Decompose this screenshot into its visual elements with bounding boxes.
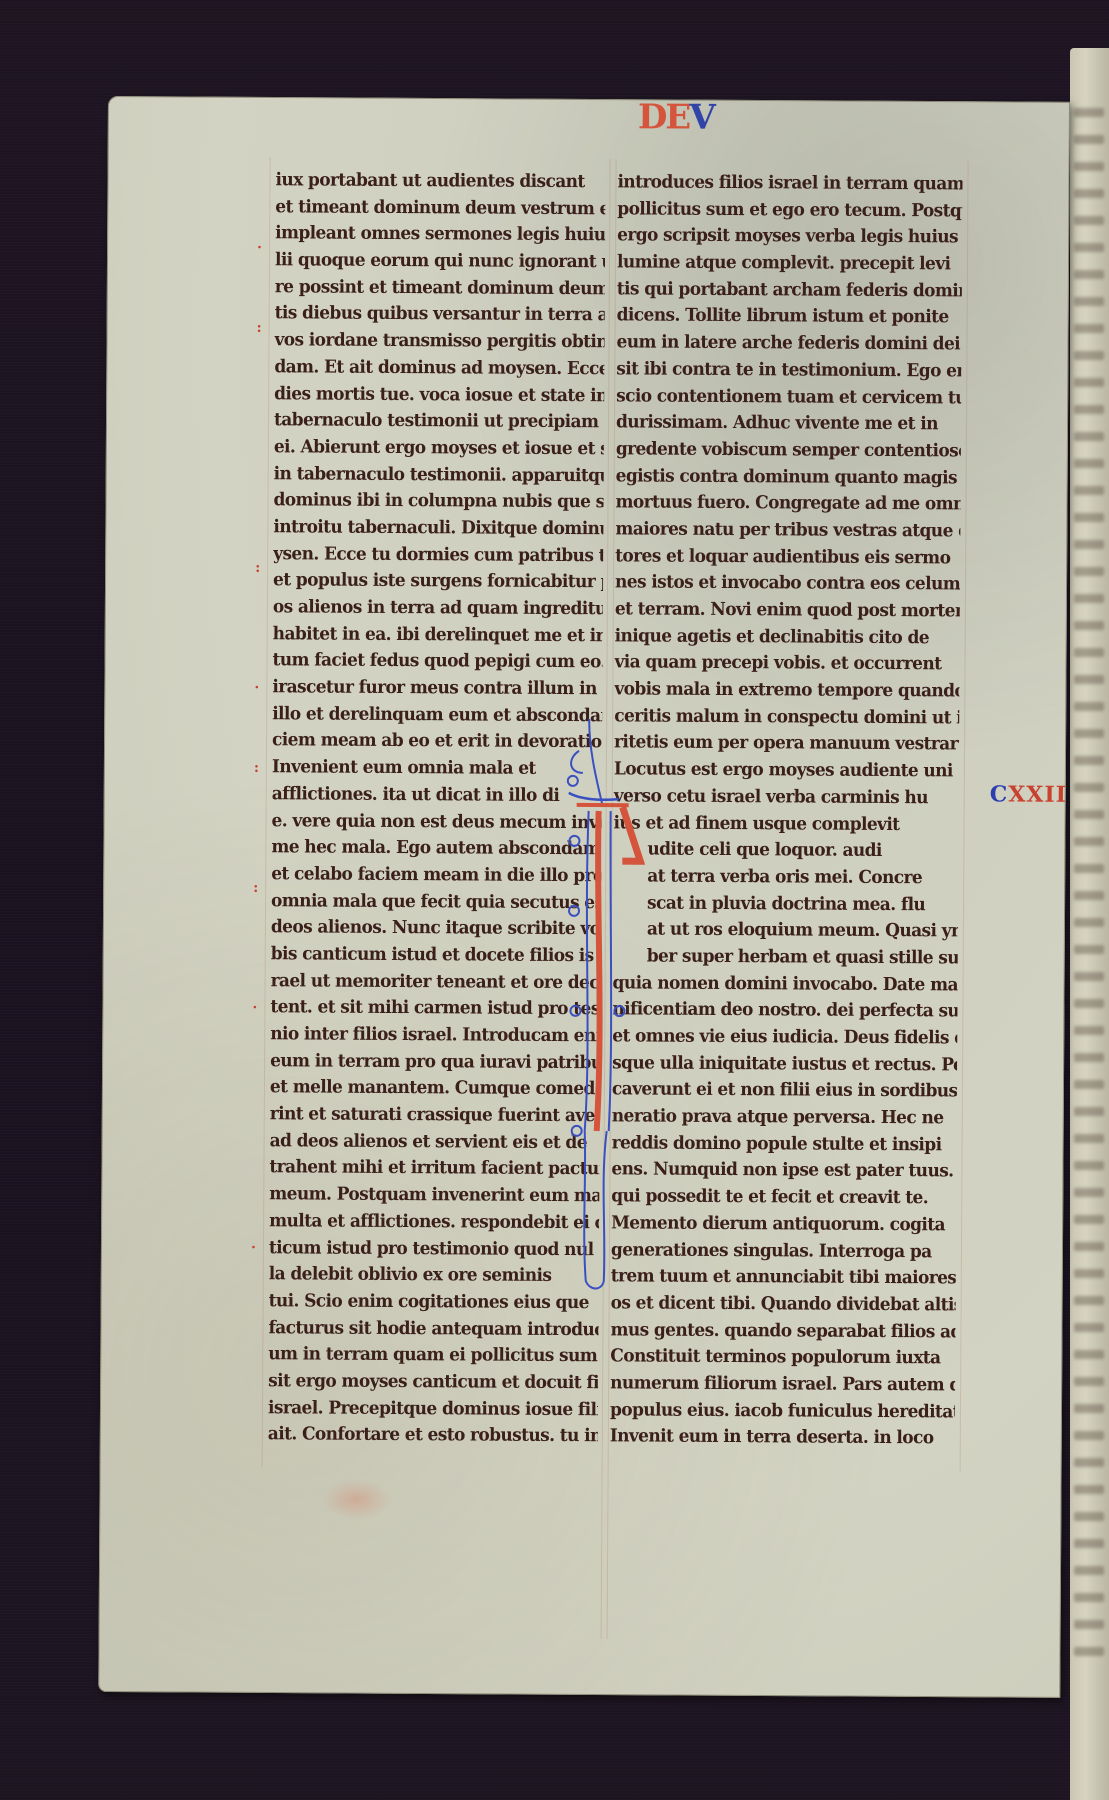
ghost-text-line [1074, 1269, 1104, 1278]
ghost-text-line [1074, 405, 1104, 414]
text-line: tum faciet fedus quod pepigi cum eo. et [272, 647, 602, 677]
ghost-text-line [1074, 1458, 1104, 1467]
text-line: Locutus est ergo moyses audiente uni [614, 756, 959, 786]
text-line: tent. et sit mihi carmen istud pro testi… [270, 994, 600, 1024]
text-line: os et dicent tibi. Quando dividebat alti… [611, 1289, 956, 1319]
text-line: illo et derelinquam eum et abscondam fa [272, 700, 602, 730]
ghost-text-line [1074, 1512, 1104, 1521]
ghost-text-line [1074, 378, 1104, 387]
ghost-text-line [1074, 351, 1104, 360]
text-line: qui possedit te et fecit et creavit te. [611, 1183, 956, 1213]
ghost-text-line [1074, 594, 1104, 603]
ghost-text-line [1074, 1053, 1104, 1062]
ghost-text-line [1074, 648, 1104, 657]
text-line: irascetur furor meus contra illum in die [272, 673, 602, 703]
text-line: introduces filios israel in terram quam [617, 168, 962, 198]
ghost-text-line [1074, 432, 1104, 441]
text-line: rint et saturati crassique fuerint avert… [270, 1100, 600, 1130]
ghost-text-line [1074, 945, 1104, 954]
text-line: introitu tabernaculi. Dixitque dominus a… [273, 513, 603, 543]
text-line: eum in latere arche federis domini dei v… [616, 329, 961, 359]
margin-mark: · [251, 1240, 256, 1256]
ghost-text-line [1074, 1134, 1104, 1143]
ghost-text-line [1074, 324, 1104, 333]
ghost-text-line [1074, 1404, 1104, 1413]
text-line: ens. Numquid non ipse est pater tuus. [611, 1156, 956, 1186]
text-line: e. vere quia non est deus mecum inveneru… [271, 807, 601, 837]
ghost-text-line [1074, 1161, 1104, 1170]
ghost-text-line [1074, 459, 1104, 468]
ghost-text-line [1074, 1188, 1104, 1197]
left-text-column: iux portabant ut audientes discantet tim… [268, 167, 606, 1450]
chapter-numeral: XXII [1008, 782, 1067, 808]
running-header: DEV [638, 97, 714, 137]
text-line: neratio prava atque perversa. Hec ne [612, 1102, 957, 1132]
text-line: nificentiam deo nostro. dei perfecta sun… [612, 996, 957, 1026]
text-line: numerum filiorum israel. Pars autem domi… [610, 1369, 955, 1399]
text-line: in tabernaculo testimonii. apparuitque [274, 460, 604, 490]
ghost-text-line [1074, 1377, 1104, 1386]
text-line: vobis mala in extremo tempore quando fe [614, 675, 959, 705]
text-line: habitet in ea. ibi derelinquet me et irr… [273, 620, 603, 650]
chapter-number: CXXII [990, 781, 1067, 807]
header-blue-letter: V [689, 98, 714, 138]
text-line: egistis contra dominum quanto magis cum [616, 462, 961, 492]
ghost-text-line [1074, 1620, 1104, 1629]
ghost-text-line [1074, 1593, 1104, 1602]
text-line: populus eius. iacob funiculus hereditati… [610, 1396, 955, 1426]
red-stain [321, 1479, 391, 1519]
text-line: via quam precepi vobis. et occurrent [614, 649, 959, 679]
ghost-text-line [1074, 270, 1104, 279]
text-line: Memento dierum antiquorum. cogita [611, 1209, 956, 1239]
text-line: afflictiones. ita ut dicat in illo di [272, 780, 602, 810]
ghost-text-line [1074, 1431, 1104, 1440]
text-line: et melle manantem. Cumque comede [270, 1074, 600, 1104]
ghost-text-line [1074, 621, 1104, 630]
ghost-text-line [1074, 135, 1104, 144]
text-line: dam. Et ait dominus ad moysen. Ecce prop… [274, 353, 604, 383]
ghost-text-line [1074, 702, 1104, 711]
text-line: gredente vobiscum semper contentiose [616, 435, 961, 465]
margin-mark: : [253, 880, 258, 896]
text-line: et terram. Novi enim quod post mortem me… [615, 595, 960, 625]
text-line: scio contentionem tuam et cervicem tuam [616, 382, 961, 412]
text-line: multa et afflictiones. respondebit ei ca… [269, 1207, 599, 1237]
ghost-text-line [1074, 675, 1104, 684]
text-line: lii quoque eorum qui nunc ignorant ut au… [275, 246, 605, 276]
text-line: ergo scripsit moyses verba legis huius i… [617, 222, 962, 252]
ghost-text-line [1074, 1215, 1104, 1224]
text-line: nio inter filios israel. Introducam enim [270, 1020, 600, 1050]
text-line: verso cetu israel verba carminis hu [614, 782, 959, 812]
text-line: et populus iste surgens fornicabitur pos… [273, 567, 603, 597]
margin-mark: · [257, 240, 262, 256]
text-line: udite celi que loquor. audi [613, 836, 958, 866]
ghost-text-line [1074, 810, 1104, 819]
text-line: pollicitus sum et ego ero tecum. Postqua… [617, 195, 962, 225]
text-line: ber super herbam et quasi stille super g… [613, 942, 958, 972]
text-line: ciem meam ab eo et erit in devorationem [272, 727, 602, 757]
ghost-text-line [1074, 297, 1104, 306]
ghost-text-line [1074, 1350, 1104, 1359]
text-line: omnia mala que fecit quia secutus est [271, 887, 601, 917]
margin-mark: · [252, 1000, 257, 1016]
text-line: ticum istud pro testimonio quod nul [269, 1234, 599, 1264]
text-line: mus gentes. quando separabat filios adam… [610, 1316, 955, 1346]
text-line: sque ulla iniquitate iustus et rectus. P… [612, 1049, 957, 1079]
text-line: impleant omnes sermones legis huius fi [275, 220, 605, 250]
text-line: ad deos alienos et servient eis et de [270, 1127, 600, 1157]
ghost-text-line [1074, 837, 1104, 846]
text-line: inique agetis et declinabitis cito de [615, 622, 960, 652]
ghost-text-line [1074, 1107, 1104, 1116]
ghost-text-line [1074, 1539, 1104, 1548]
text-line: caverunt ei et non filii eius in sordibu… [612, 1076, 957, 1106]
right-text-column: introduces filios israel in terram quamp… [610, 169, 963, 1452]
text-line: tui. Scio enim cogitationes eius que [269, 1287, 599, 1317]
text-line: nes istos et invocabo contra eos celum [615, 569, 960, 599]
text-line: tabernaculo testimonii ut precipiam [274, 407, 604, 437]
text-line: eum in terram pro qua iuravi patribus ei… [270, 1047, 600, 1077]
text-line: et omnes vie eius iudicia. Deus fidelis … [612, 1022, 957, 1052]
ghost-text-line [1074, 1566, 1104, 1575]
margin-mark: : [257, 320, 262, 336]
manuscript-leaf: DEV iux portabant ut audientes discantet… [98, 96, 1070, 1698]
text-line: trem tuum et annunciabit tibi maiores tu [611, 1263, 956, 1293]
margin-mark: : [255, 560, 260, 576]
ghost-text-line [1074, 567, 1104, 576]
ghost-text-line [1074, 729, 1104, 738]
header-red-letters: DE [638, 97, 690, 137]
ghost-text-line [1074, 864, 1104, 873]
text-line: la delebit oblivio ex ore seminis [269, 1261, 599, 1291]
text-line: trahent mihi et irritum facient pactum [269, 1154, 599, 1184]
text-line: iux portabant ut audientes discant [275, 166, 605, 196]
text-line: sit ergo moyses canticum et docuit filio… [268, 1367, 598, 1397]
text-line: ritetis eum per opera manuum vestrarum. [614, 729, 959, 759]
ghost-text-line [1074, 1296, 1104, 1305]
text-line: tores et loquar audientibus eis sermo [615, 542, 960, 572]
ghost-text-line [1074, 162, 1104, 171]
text-line: deos alienos. Nunc itaque scribite vo [271, 914, 601, 944]
text-line: mortuus fuero. Congregate ad me omnes [615, 489, 960, 519]
text-line: vos iordane transmisso pergitis obtinen [274, 326, 604, 356]
ghost-text-line [1074, 243, 1104, 252]
text-line: meum. Postquam invenerint eum mala [269, 1180, 599, 1210]
ghost-text-line [1074, 918, 1104, 927]
text-line: ius et ad finem usque complevit [613, 809, 958, 839]
chapter-bracket: C [990, 781, 1009, 807]
ghost-text-line [1074, 891, 1104, 900]
text-line: tis diebus quibus versantur in terra ad … [275, 300, 605, 330]
text-line: et celabo faciem meam in die illo propte… [271, 860, 601, 890]
ghost-text-line [1074, 540, 1104, 549]
ghost-text-line [1074, 1026, 1104, 1035]
text-line: ait. Confortare et esto robustus. tu in [268, 1421, 598, 1451]
text-line: dominus ibi in columpna nubis que stetit… [273, 487, 603, 517]
text-line: ei. Abierunt ergo moyses et iosue et ste… [274, 433, 604, 463]
text-line: bis canticum istud et docete filios is [271, 940, 601, 970]
adjacent-leaf-edge [1070, 48, 1109, 1800]
ghost-text-line [1074, 108, 1104, 117]
text-line: dicens. Tollite librum istum et ponite [617, 302, 962, 332]
ghost-text-line [1074, 1080, 1104, 1089]
decorated-initial-a [556, 711, 650, 1292]
text-line: at ut ros eloquium meum. Quasi ym [613, 916, 958, 946]
text-line: Invenient eum omnia mala et [272, 753, 602, 783]
text-line: um in terram quam ei pollicitus sum. Scr… [268, 1341, 598, 1371]
text-line: facturus sit hodie antequam introducam e [268, 1314, 598, 1344]
text-line: ysen. Ecce tu dormies cum patribus tuis [273, 540, 603, 570]
text-line: lumine atque complevit. precepit levi [617, 249, 962, 279]
text-line: Invenit eum in terra deserta. in loco [610, 1423, 955, 1453]
text-line: me hec mala. Ego autem abscondam [271, 834, 601, 864]
text-line: quia nomen domini invocabo. Date mag [613, 969, 958, 999]
ghost-text-line [1074, 999, 1104, 1008]
ghost-text-line [1074, 189, 1104, 198]
text-line: maiores natu per tribus vestras atque do… [615, 515, 960, 545]
ghost-text-line [1074, 783, 1104, 792]
text-line: Constituit terminos populorum iuxta [610, 1343, 955, 1373]
text-line: re possint et timeant dominum deum suum … [275, 273, 605, 303]
ghost-text-line [1074, 216, 1104, 225]
ghost-text-line [1074, 756, 1104, 765]
text-line: dies mortis tue. voca iosue et state in [274, 380, 604, 410]
text-line: durissimam. Adhuc vivente me et in [616, 409, 961, 439]
ghost-text-line [1074, 1323, 1104, 1332]
margin-mark: : [254, 760, 259, 776]
text-line: scat in pluvia doctrina mea. flu [613, 889, 958, 919]
text-line: at terra verba oris mei. Concre [613, 862, 958, 892]
text-line: rael ut memoriter teneant et ore decan [271, 967, 601, 997]
text-line: israel. Precepitque dominus iosue filio … [268, 1394, 598, 1424]
ghost-text-line [1074, 972, 1104, 981]
text-line: os alienos in terra ad quam ingreditur u… [273, 593, 603, 623]
margin-mark: · [254, 680, 259, 696]
text-line: et timeant dominum deum vestrum et custo… [275, 193, 605, 223]
ghost-text-line [1074, 513, 1104, 522]
text-line: sit ibi contra te in testimonium. Ego en… [616, 355, 961, 385]
text-line: generationes singulas. Interroga pa [611, 1236, 956, 1266]
ghost-text-line [1074, 1485, 1104, 1494]
ghost-text-line [1074, 1647, 1104, 1656]
ghost-text-line [1074, 1242, 1104, 1251]
ghost-text-line [1074, 486, 1104, 495]
